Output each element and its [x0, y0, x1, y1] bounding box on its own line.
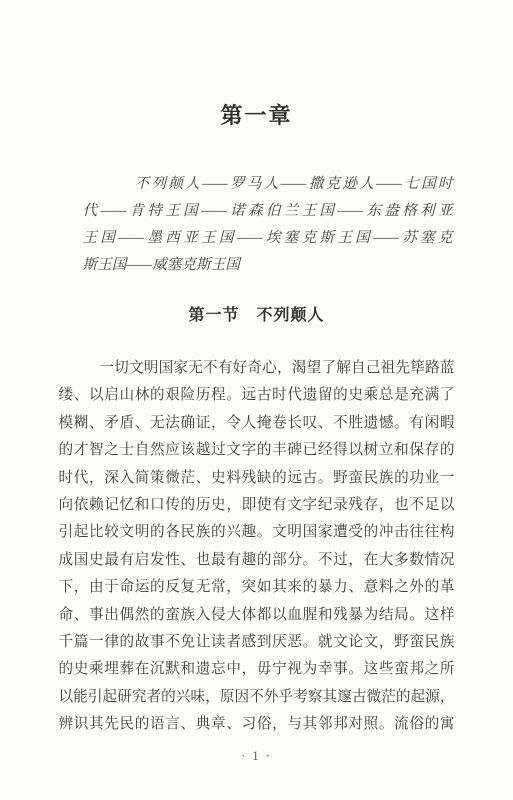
chapter-summary-line: 王国——墨西亚王国——埃塞克斯王国——苏塞克	[83, 225, 453, 252]
page-content: 第一章 不列颠人——罗马人——撒克逊人——七国时代——肯特王国——诺森伯兰王国—…	[59, 100, 455, 764]
body-line: 一切文明国家无不有好奇心，渴望了解自己祖先筚路蓝	[59, 355, 455, 382]
section-title: 第一节 不列颠人	[59, 303, 455, 329]
chapter-summary-line: 不列颠人——罗马人——撒克逊人——七国时	[83, 171, 453, 198]
body-line: 辨识其先民的语言、典章、习俗，与其邻邦对照。流俗的寓	[59, 711, 455, 738]
chapter-title: 第一章	[59, 100, 455, 132]
page-number: · 1 ·	[59, 748, 455, 764]
body-paragraph: 一切文明国家无不有好奇心，渴望了解自己祖先筚路蓝缕、以启山林的艰险历程。远古时代…	[59, 355, 455, 739]
chapter-summary: 不列颠人——罗马人——撒克逊人——七国时代——肯特王国——诺森伯兰王国——东盎格…	[83, 171, 453, 279]
body-line: 的史乘埋葬在沉默和遗忘中，毋宁视为幸事。这些蛮邦之所	[59, 656, 455, 683]
body-line: 缕、以启山林的艰险历程。远古时代遗留的史乘总是充满了	[59, 382, 455, 409]
body-line: 的才智之士自然应该越过文字的丰碑已经得以树立和保存的	[59, 437, 455, 464]
chapter-summary-line: 斯王国——威塞克斯王国	[83, 252, 453, 279]
body-line: 命、事出偶然的蛮族入侵大体都以血腥和残暴为结局。这样	[59, 602, 455, 629]
chapter-summary-line: 代——肯特王国——诺森伯兰王国——东盎格利亚	[83, 198, 453, 225]
body-line: 向依赖记忆和口传的历史，即使有文字纪录残存，也不足以	[59, 492, 455, 519]
body-line: 时代，深入简策微茫、史料残缺的远古。野蛮民族的功业一	[59, 465, 455, 492]
body-line: 千篇一律的故事不免让读者感到厌恶。就文论文，野蛮民族	[59, 629, 455, 656]
body-line: 成国史最有启发性、也最有趣的部分。不过，在大多数情况	[59, 547, 455, 574]
book-page: 第一章 不列颠人——罗马人——撒克逊人——七国时代——肯特王国——诺森伯兰王国—…	[0, 0, 513, 800]
body-line: 以能引起研究者的兴味，原因不外乎考察其邃古微茫的起源，	[59, 684, 455, 711]
body-line: 模糊、矛盾、无法确证，令人掩卷长叹、不胜遗憾。有闲暇	[59, 410, 455, 437]
body-line: 下，由于命运的反复无常，突如其来的暴力、意料之外的革	[59, 574, 455, 601]
body-line: 引起比较文明的各民族的兴趣。文明国家遭受的冲击往往构	[59, 519, 455, 546]
